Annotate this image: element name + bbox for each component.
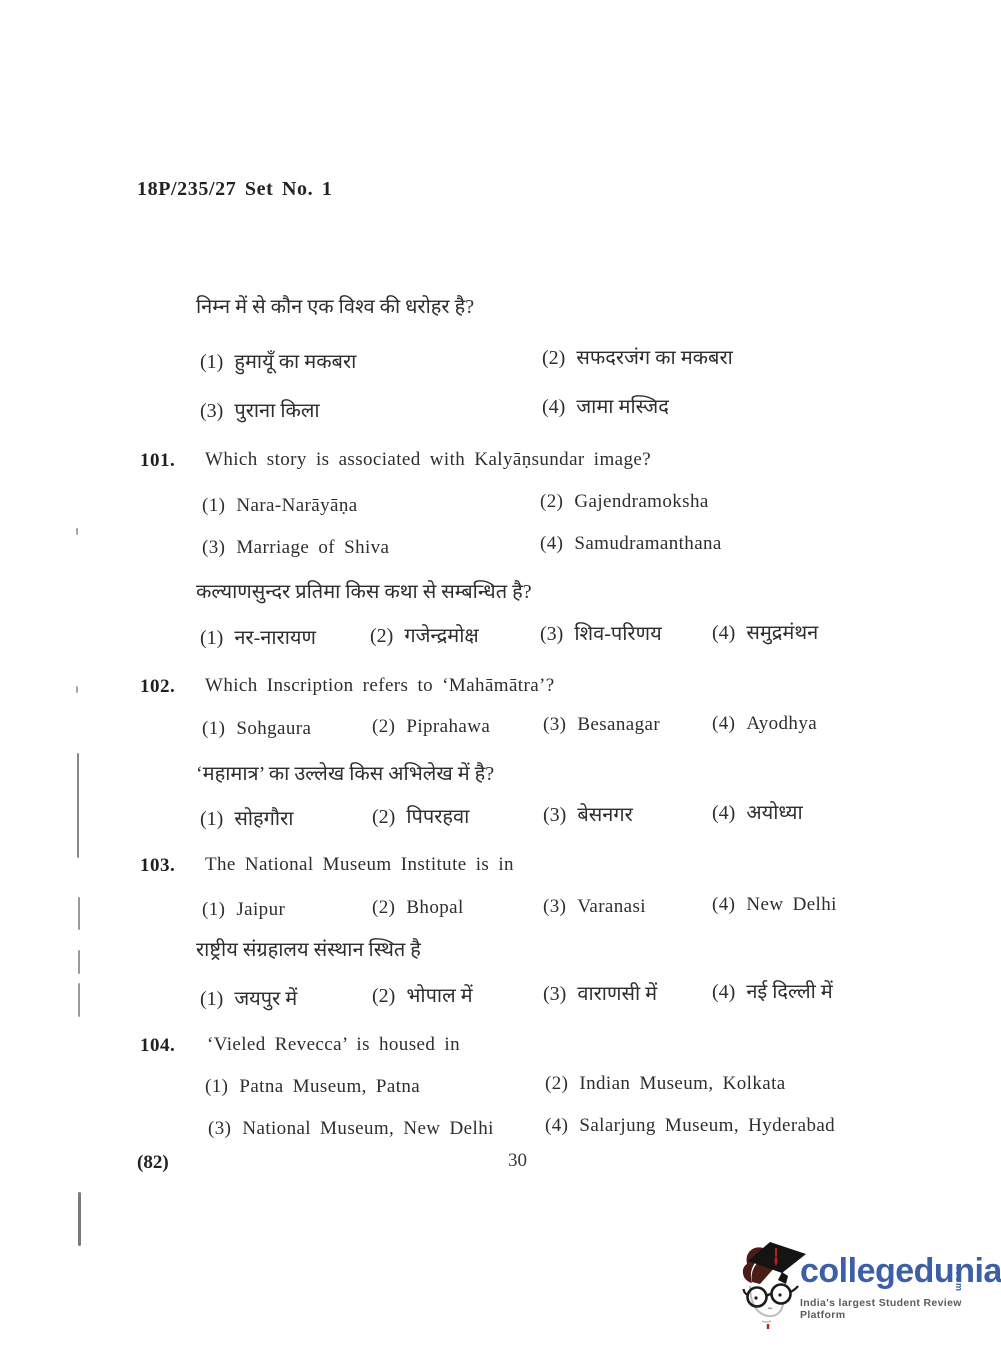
option: (3)Marriage of Shiva bbox=[202, 537, 389, 559]
option: (1)Patna Museum, Patna bbox=[205, 1076, 420, 1098]
question-english-text: Which Inscription refers to ‘Mahāmātra’? bbox=[205, 675, 555, 697]
option-text: वाराणसी में bbox=[577, 983, 657, 1005]
option-text: Salarjung Museum, Hyderabad bbox=[579, 1115, 835, 1136]
option-text: Patna Museum, Patna bbox=[239, 1076, 420, 1097]
option-text: Indian Museum, Kolkata bbox=[579, 1073, 785, 1094]
question-hindi-text: कल्याणसुन्दर प्रतिमा किस कथा से सम्बन्धि… bbox=[196, 577, 532, 604]
option: (4)Salarjung Museum, Hyderabad bbox=[545, 1115, 835, 1137]
option: (2)गजेन्द्रमोक्ष bbox=[370, 621, 479, 648]
question-number: 101. bbox=[140, 450, 175, 472]
option: (3)National Museum, New Delhi bbox=[208, 1118, 494, 1140]
option: (4)Ayodhya bbox=[712, 713, 817, 735]
collegedunia-brand-text: collegedunia bbox=[800, 1252, 1001, 1291]
option-text: Varanasi bbox=[577, 896, 646, 917]
option-label: (4) bbox=[540, 533, 563, 554]
option-label: (2) bbox=[372, 897, 395, 918]
option: (2)सफदरजंग का मकबरा bbox=[542, 343, 733, 370]
option-label: (2) bbox=[540, 491, 563, 512]
option: (4)नई दिल्ली में bbox=[712, 977, 833, 1004]
option-text: Marriage of Shiva bbox=[236, 537, 389, 558]
question-number: 102. bbox=[140, 676, 175, 698]
option-label: (4) bbox=[712, 622, 735, 644]
option-text: नई दिल्ली में bbox=[746, 981, 832, 1003]
option: (3)पुराना किला bbox=[200, 396, 320, 423]
option-text: New Delhi bbox=[746, 894, 836, 915]
question-hindi-text: राष्ट्रीय संग्रहालय संस्थान स्थित है bbox=[196, 935, 421, 962]
option-text: Bhopal bbox=[406, 897, 463, 918]
option: (3)बेसनगर bbox=[543, 800, 633, 827]
option: (1)Sohgaura bbox=[202, 718, 311, 740]
option: (1)हुमायूँ का मकबरा bbox=[200, 347, 356, 374]
option-label: (4) bbox=[542, 396, 565, 418]
option-label: (1) bbox=[200, 351, 223, 373]
option: (3)Besanagar bbox=[543, 714, 660, 736]
option-text: गजेन्द्रमोक्ष bbox=[404, 625, 478, 647]
option-text: Nara-Narāyāṇa bbox=[236, 495, 357, 516]
option: (4)अयोध्या bbox=[712, 798, 803, 825]
exam-paper-page: 18P/235/27 Set No. 1 निम्न में से कौन एक… bbox=[0, 0, 1001, 1356]
option-label: (3) bbox=[543, 804, 566, 826]
option-label: (1) bbox=[202, 718, 225, 739]
option-label: (3) bbox=[543, 983, 566, 1005]
option-text: जयपुर में bbox=[234, 988, 297, 1010]
option: (3)वाराणसी में bbox=[543, 979, 657, 1006]
option-text: सोहगौरा bbox=[234, 808, 293, 830]
question-english-text: ‘Vieled Revecca’ is housed in bbox=[207, 1034, 460, 1056]
scan-artifact-line bbox=[78, 1192, 81, 1246]
option: (1)जयपुर में bbox=[200, 984, 297, 1011]
option-label: (3) bbox=[202, 537, 225, 558]
question-hindi-text: निम्न में से कौन एक विश्व की धरोहर है? bbox=[196, 292, 474, 319]
option: (1)सोहगौरा bbox=[200, 804, 293, 831]
option-label: (1) bbox=[200, 808, 223, 830]
option-text: Piprahawa bbox=[406, 716, 490, 737]
option-text: नर-नारायण bbox=[234, 627, 316, 649]
scan-artifact-line bbox=[77, 753, 79, 858]
option-text: भोपाल में bbox=[406, 985, 472, 1007]
question-number: 103. bbox=[140, 855, 175, 877]
option-label: (2) bbox=[372, 985, 395, 1007]
page-number: 30 bbox=[508, 1150, 527, 1172]
option-label: (3) bbox=[208, 1118, 231, 1139]
option-text: Gajendramoksha bbox=[574, 491, 708, 512]
option-text: शिव-परिणय bbox=[574, 623, 661, 645]
option-label: (1) bbox=[200, 627, 223, 649]
option-text: पुराना किला bbox=[234, 400, 319, 422]
option: (4)समुद्रमंथन bbox=[712, 618, 818, 645]
option: (2)पिपरहवा bbox=[372, 802, 469, 829]
option: (1)Jaipur bbox=[202, 899, 285, 921]
option-label: (4) bbox=[712, 802, 735, 824]
option-text: पिपरहवा bbox=[406, 806, 469, 828]
option-label: (1) bbox=[202, 899, 225, 920]
option: (3)Varanasi bbox=[543, 896, 646, 918]
option-label: (3) bbox=[543, 896, 566, 917]
option: (2)Gajendramoksha bbox=[540, 491, 709, 513]
option-label: (3) bbox=[543, 714, 566, 735]
option: (4)New Delhi bbox=[712, 894, 837, 916]
question-hindi-text: ‘महामात्र’ का उल्लेख किस अभिलेख में है? bbox=[196, 759, 494, 786]
collegedunia-tagline: India's largest Student Review Platform bbox=[800, 1297, 998, 1321]
option-label: (2) bbox=[372, 806, 395, 828]
collegedunia-tld-text: .com bbox=[954, 1267, 964, 1292]
scan-artifact-line bbox=[78, 983, 80, 1017]
option-text: समुद्रमंथन bbox=[746, 622, 818, 644]
booklet-series-mark: (82) bbox=[137, 1152, 169, 1174]
scan-artifact-line bbox=[78, 897, 80, 930]
option-text: Sohgaura bbox=[236, 718, 311, 739]
option: (2)भोपाल में bbox=[372, 981, 473, 1008]
paper-code: 18P/235/27 Set No. 1 bbox=[137, 178, 332, 201]
question-english-text: The National Museum Institute is in bbox=[205, 854, 514, 876]
option-label: (3) bbox=[200, 400, 223, 422]
option: (3)शिव-परिणय bbox=[540, 619, 662, 646]
option: (2)Bhopal bbox=[372, 897, 464, 919]
option-label: (4) bbox=[712, 713, 735, 734]
option-text: अयोध्या bbox=[746, 802, 802, 824]
option: (1)Nara-Narāyāṇa bbox=[202, 495, 358, 517]
option-label: (3) bbox=[540, 623, 563, 645]
option-label: (2) bbox=[545, 1073, 568, 1094]
question-english-text: Which story is associated with Kalyāṇsun… bbox=[205, 449, 651, 471]
question-number: 104. bbox=[140, 1035, 175, 1057]
option: (4)Samudramanthana bbox=[540, 533, 722, 555]
option: (2)Piprahawa bbox=[372, 716, 490, 738]
option-text: Besanagar bbox=[577, 714, 660, 735]
option-label: (1) bbox=[202, 495, 225, 516]
option-label: (2) bbox=[372, 716, 395, 737]
option-text: बेसनगर bbox=[577, 804, 632, 826]
option-text: हुमायूँ का मकबरा bbox=[234, 351, 356, 373]
option-label: (1) bbox=[200, 988, 223, 1010]
option: (4)जामा मस्जिद bbox=[542, 392, 669, 419]
option-text: सफदरजंग का मकबरा bbox=[576, 347, 732, 369]
option-text: National Museum, New Delhi bbox=[242, 1118, 493, 1139]
scan-artifact-mark bbox=[76, 686, 78, 693]
option-label: (2) bbox=[370, 625, 393, 647]
scan-artifact-line bbox=[78, 950, 80, 974]
option-text: Jaipur bbox=[236, 899, 285, 920]
scan-artifact-mark bbox=[76, 528, 78, 535]
option-label: (4) bbox=[712, 981, 735, 1003]
option-label: (1) bbox=[205, 1076, 228, 1097]
option-text: जामा मस्जिद bbox=[576, 396, 669, 418]
option-text: Samudramanthana bbox=[574, 533, 721, 554]
option: (1)नर-नारायण bbox=[200, 623, 316, 650]
option-label: (2) bbox=[542, 347, 565, 369]
collegedunia-logo: collegedunia .com India's largest Studen… bbox=[738, 1240, 998, 1340]
option-text: Ayodhya bbox=[746, 713, 817, 734]
option-label: (4) bbox=[712, 894, 735, 915]
option: (2)Indian Museum, Kolkata bbox=[545, 1073, 786, 1095]
option-label: (4) bbox=[545, 1115, 568, 1136]
